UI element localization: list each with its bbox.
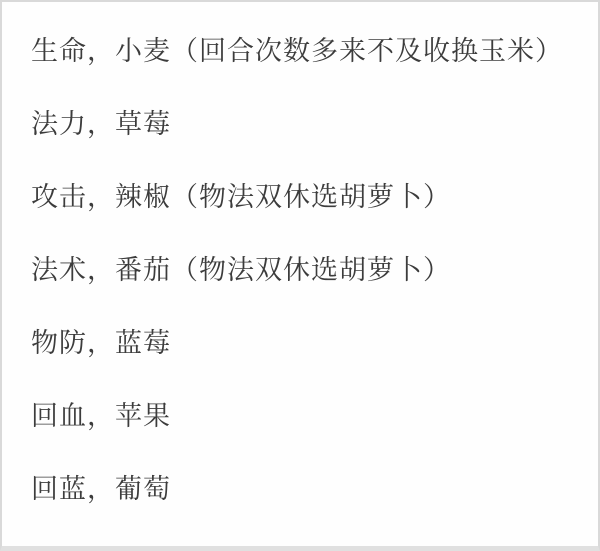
text-line-mp-regen: 回蓝，葡萄 <box>31 453 588 526</box>
text-line-hp-regen: 回血，苹果 <box>31 380 588 453</box>
text-line-spell: 法术，番茄（物法双休选胡萝卜） <box>31 234 588 307</box>
text-line-hp: 生命，小麦（回合次数多来不及收换玉米） <box>31 15 588 88</box>
text-list: 生命，小麦（回合次数多来不及收换玉米） 法力，草莓 攻击，辣椒（物法双休选胡萝卜… <box>2 2 598 526</box>
text-line-attack: 攻击，辣椒（物法双休选胡萝卜） <box>31 161 588 234</box>
text-line-defense: 物防，蓝莓 <box>31 307 588 380</box>
document-page: 生命，小麦（回合次数多来不及收换玉米） 法力，草莓 攻击，辣椒（物法双休选胡萝卜… <box>0 0 600 551</box>
text-line-mp: 法力，草莓 <box>31 88 588 161</box>
